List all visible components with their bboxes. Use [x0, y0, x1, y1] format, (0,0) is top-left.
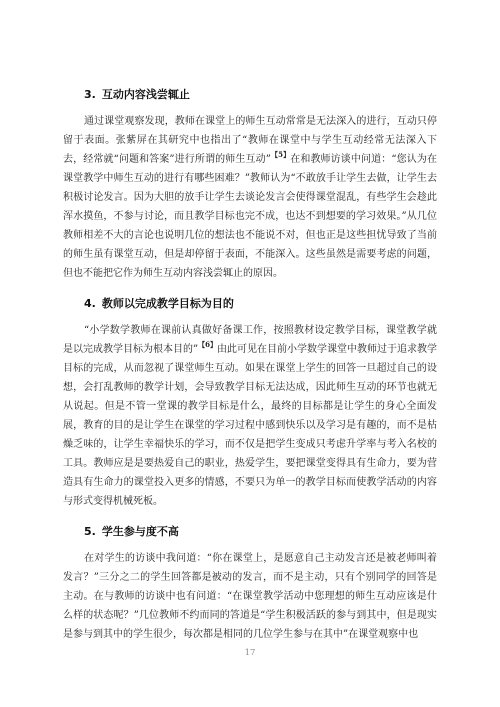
section-heading: 4.教师以完成教学目标为目的 — [63, 296, 437, 312]
paragraph: “小学数学教师在课前认真做好备课工作，按照教材设定教学目标，课堂教学就是以完成教… — [63, 321, 437, 511]
document-page: 3.互动内容浅尝辄止通过课堂观察发现，教师在课堂上的师生互动常常是无法深入的进行… — [0, 0, 500, 707]
paragraph: 通过课堂观察发现，教师在课堂上的师生互动常常是无法深入的进行，互动只停留于表面。… — [63, 112, 437, 283]
section-number: 4. — [84, 297, 96, 310]
document-content: 3.互动内容浅尝辄止通过课堂观察发现，教师在课堂上的师生互动常常是无法深入的进行… — [63, 87, 437, 644]
page-number: 17 — [0, 648, 500, 658]
citation-marker: 【6】 — [198, 340, 217, 349]
section-title: 学生参与度不高 — [102, 525, 179, 538]
paragraph: 在对学生的访谈中我问道：“你在课堂上，是愿意自己主动发言还是被老师叫着发言？”三… — [63, 549, 437, 644]
section-heading: 3.互动内容浅尝辄止 — [63, 87, 437, 103]
section-number: 5. — [84, 525, 96, 538]
section-title: 互动内容浅尝辄止 — [102, 88, 190, 101]
section-heading: 5.学生参与度不高 — [63, 524, 437, 540]
citation-marker: 【5】 — [271, 150, 290, 159]
section-number: 3. — [84, 88, 96, 101]
section-title: 教师以完成教学目标为目的 — [102, 297, 234, 310]
